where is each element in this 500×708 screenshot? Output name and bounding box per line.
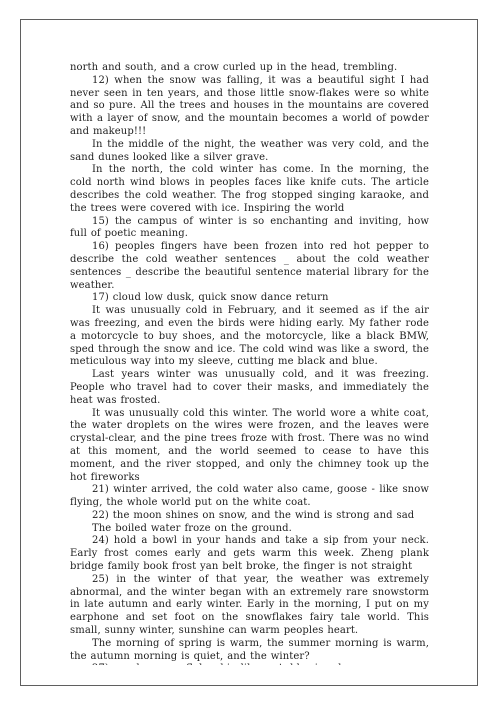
paragraph: 15) the campus of winter is so enchantin… xyxy=(70,216,429,242)
paragraph: 22) the moon shines on snow, and the win… xyxy=(70,510,429,523)
paragraph: In the middle of the night, the weather … xyxy=(70,139,429,165)
paragraph: north and south, and a crow curled up in… xyxy=(70,62,429,75)
paragraph: It was unusually cold this winter. The w… xyxy=(70,408,429,485)
paragraph: The morning of spring is warm, the summe… xyxy=(70,638,429,664)
paragraph: In the north, the cold winter has come. … xyxy=(70,164,429,215)
paragraph: 27) yanshan snowflakes big like mat, blo… xyxy=(70,663,429,665)
paragraph: Last years winter was unusually cold, an… xyxy=(70,369,429,407)
paragraph: 16) peoples fingers have been frozen int… xyxy=(70,241,429,292)
document-body-text: north and south, and a crow curled up in… xyxy=(70,62,429,665)
document-page: north and south, and a crow curled up in… xyxy=(20,19,478,686)
paragraph: 25) in the winter of that year, the weat… xyxy=(70,574,429,638)
paragraph: It was unusually cold in February, and i… xyxy=(70,305,429,369)
document-screenshot: { "page": { "background_color": "#ffffff… xyxy=(0,0,500,708)
paragraph: 21) winter arrived, the cold water also … xyxy=(70,484,429,510)
paragraph: 17) cloud low dusk, quick snow dance ret… xyxy=(70,292,429,305)
paragraph: The boiled water froze on the ground. xyxy=(70,523,429,536)
paragraph: 12) when the snow was falling, it was a … xyxy=(70,75,429,139)
paragraph: 24) hold a bowl in your hands and take a… xyxy=(70,535,429,573)
